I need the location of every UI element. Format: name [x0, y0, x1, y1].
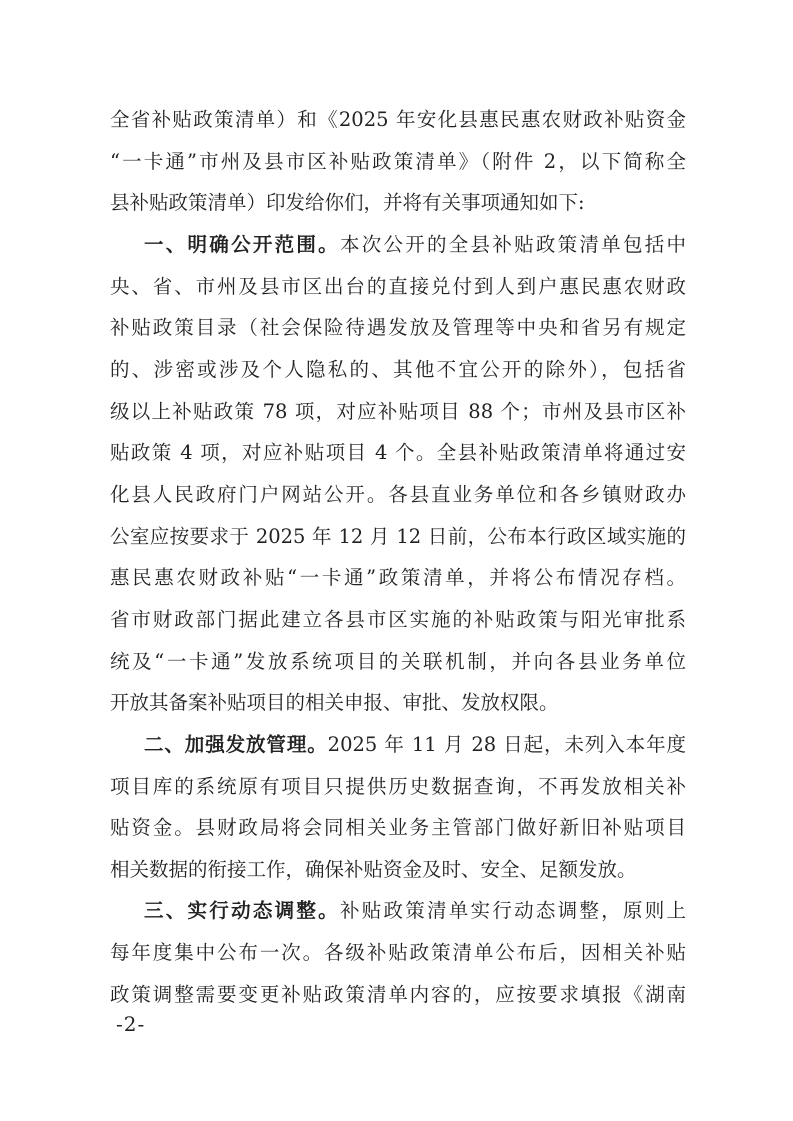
text-line: 级以上补贴政策 78 项，对应补贴项目 88 个；市州及县市区补 — [110, 391, 686, 433]
section-heading-line: 一、明确公开范围。本次公开的全县补贴政策清单包括中 — [110, 224, 686, 266]
document-page: 全省补贴政策清单）和《2025 年安化县惠民惠农财政补贴资金 “一卡通”市州及县… — [0, 0, 793, 1121]
text-line: 相关数据的衔接工作，确保补贴资金及时、安全、足额发放。 — [110, 849, 686, 891]
text-line: 统及“一卡通”发放系统项目的关联机制，并向各县业务单位 — [110, 641, 686, 683]
text-line: 化县人民政府门户网站公开。各县直业务单位和各乡镇财政办 — [110, 474, 686, 516]
document-body: 全省补贴政策清单）和《2025 年安化县惠民惠农财政补贴资金 “一卡通”市州及县… — [110, 99, 686, 1015]
text-line: 每年度集中公布一次。各级补贴政策清单公布后，因相关补贴 — [110, 932, 686, 974]
text-line: 全省补贴政策清单）和《2025 年安化县惠民惠农财政补贴资金 — [110, 99, 686, 141]
section-heading: 三、实行动态调整。 — [144, 899, 340, 922]
page-number: -2- — [116, 1012, 145, 1036]
text-line: 央、省、市州及县市区出台的直接兑付到人到户惠民惠农财政 — [110, 266, 686, 308]
text-run: 本次公开的全县补贴政策清单包括中 — [340, 233, 686, 256]
text-run: 2025 年 11 月 28 日起，未列入本年度 — [328, 733, 686, 756]
text-line: 的、涉密或涉及个人隐私的、其他不宜公开的除外），包括省 — [110, 349, 686, 391]
text-line: 政策调整需要变更补贴政策清单内容的，应按要求填报《湖南 — [110, 974, 686, 1016]
text-line: 惠民惠农财政补贴“一卡通”政策清单，并将公布情况存档。 — [110, 557, 686, 599]
section-heading: 二、加强发放管理。 — [144, 733, 328, 756]
section-heading-line: 三、实行动态调整。补贴政策清单实行动态调整，原则上 — [110, 890, 686, 932]
text-line: 县补贴政策清单）印发给你们，并将有关事项通知如下: — [110, 182, 686, 224]
section-heading: 一、明确公开范围。 — [144, 233, 340, 256]
text-line: 省市财政部门据此建立各县市区实施的补贴政策与阳光审批系 — [110, 599, 686, 641]
text-line: 项目库的系统原有项目只提供历史数据查询，不再发放相关补 — [110, 766, 686, 808]
text-line: 开放其备案补贴项目的相关申报、审批、发放权限。 — [110, 682, 686, 724]
text-run: 补贴政策清单实行动态调整，原则上 — [340, 899, 686, 922]
text-line: “一卡通”市州及县市区补贴政策清单》（附件 2，以下简称全 — [110, 141, 686, 183]
text-line: 贴政策 4 项，对应补贴项目 4 个。全县补贴政策清单将通过安 — [110, 432, 686, 474]
text-line: 公室应按要求于 2025 年 12 月 12 日前，公布本行政区域实施的 — [110, 516, 686, 558]
text-line: 贴资金。县财政局将会同相关业务主管部门做好新旧补贴项目 — [110, 807, 686, 849]
text-line: 补贴政策目录（社会保险待遇发放及管理等中央和省另有规定 — [110, 307, 686, 349]
section-heading-line: 二、加强发放管理。2025 年 11 月 28 日起，未列入本年度 — [110, 724, 686, 766]
